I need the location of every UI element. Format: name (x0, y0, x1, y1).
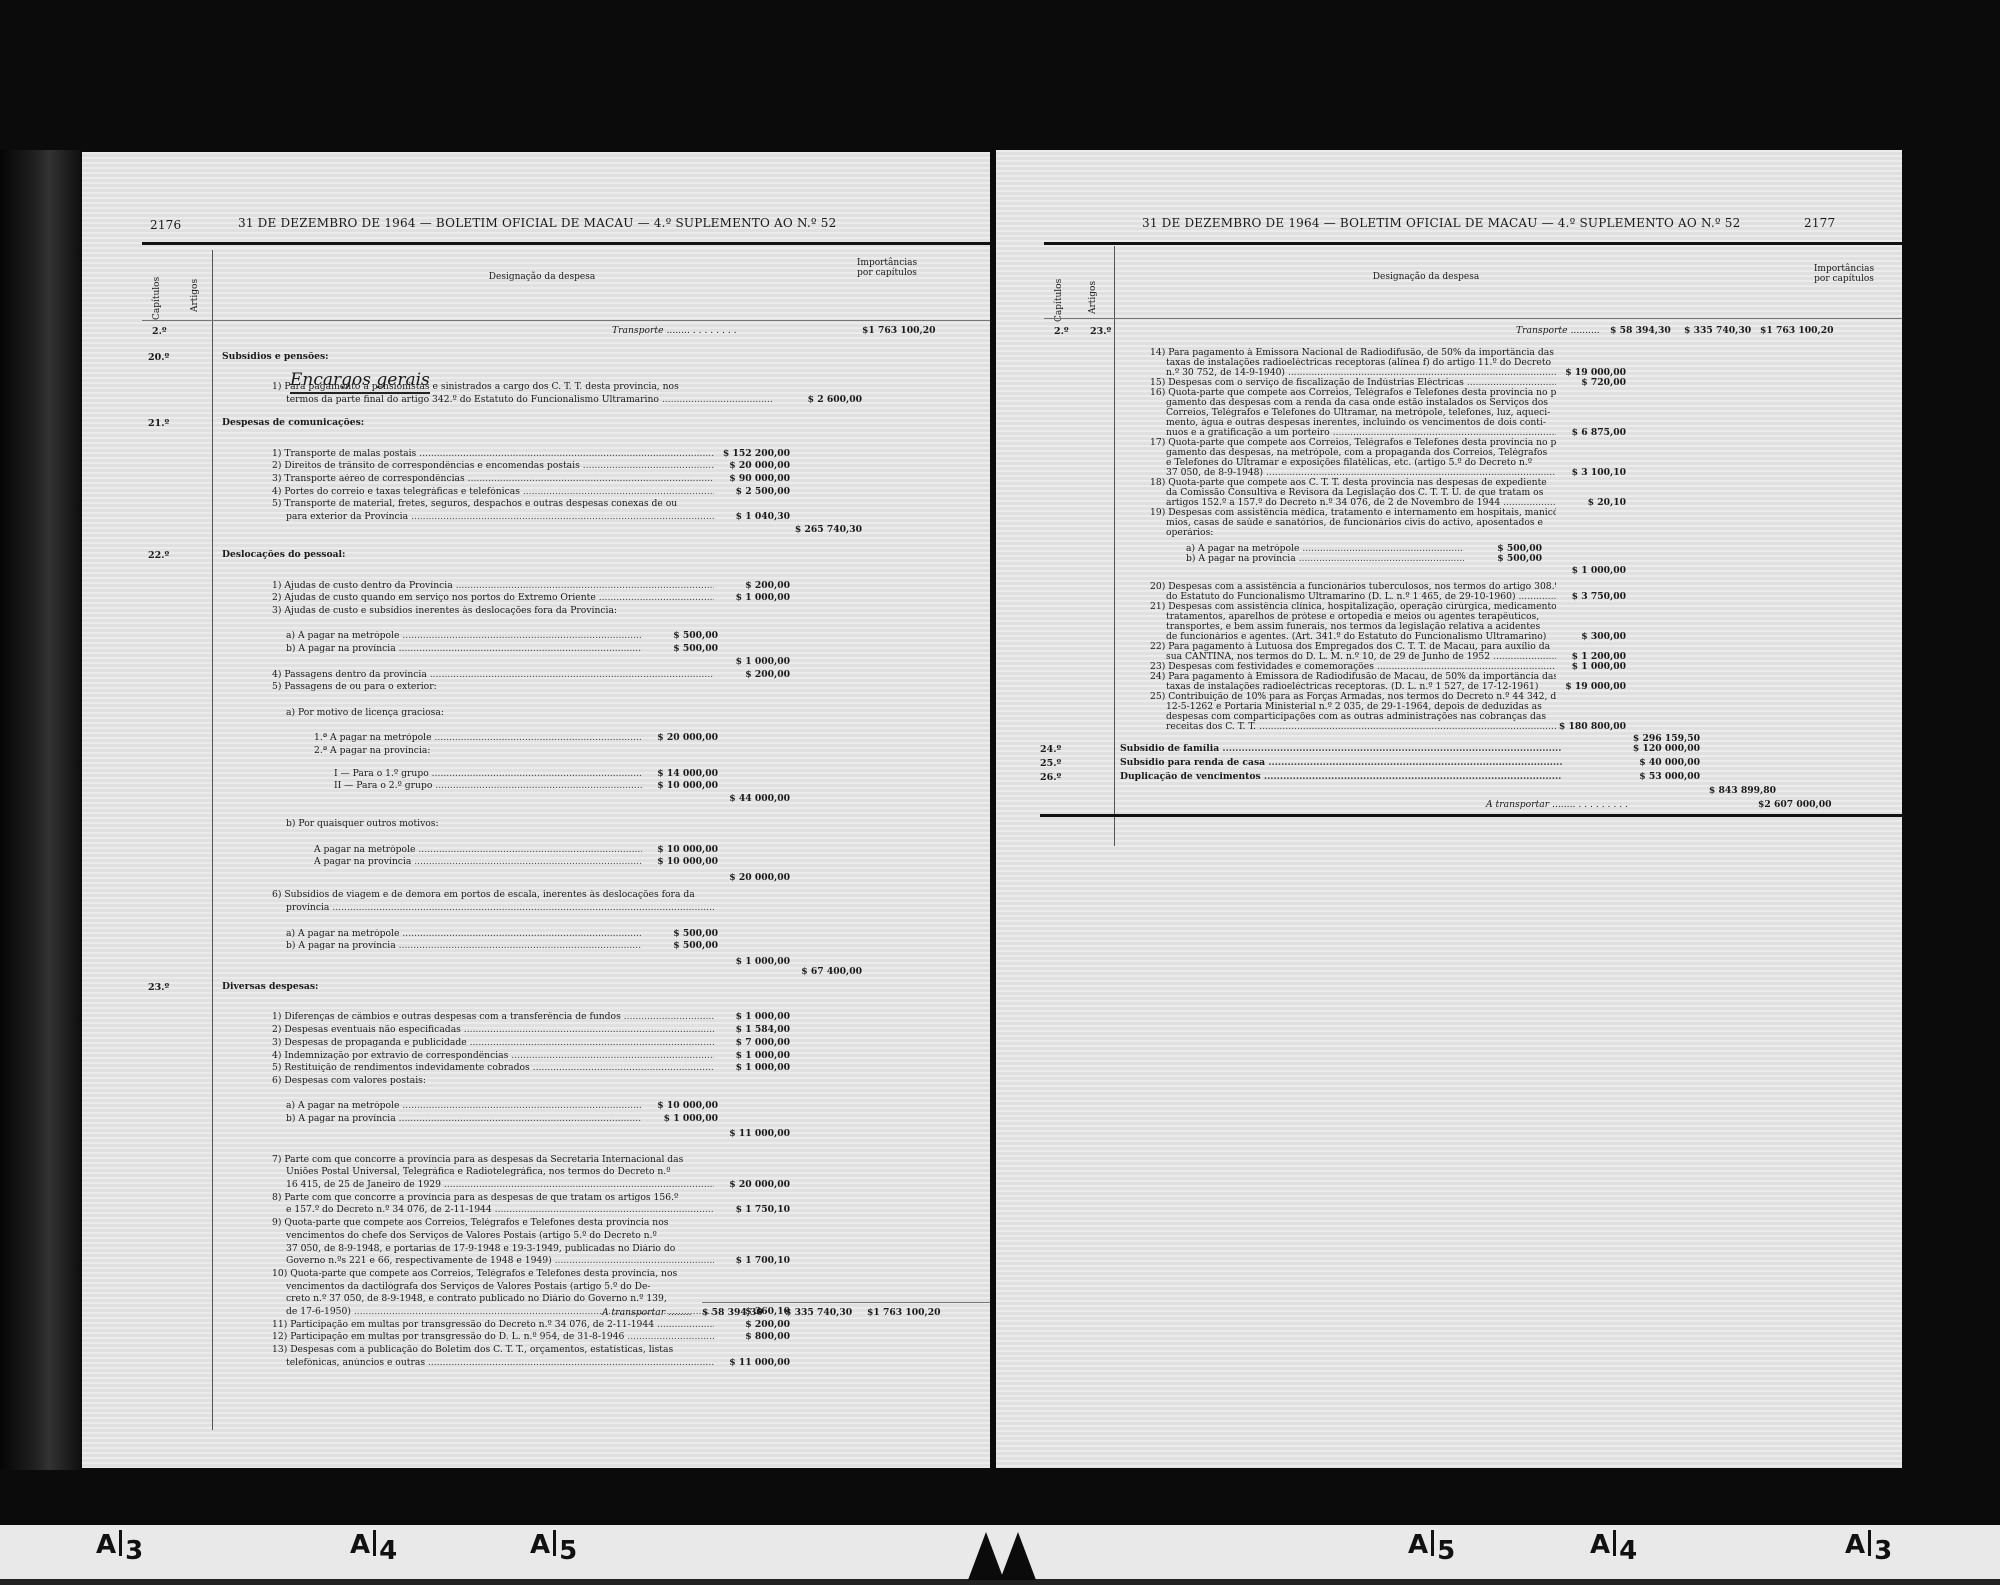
line-item-text: taxas de instalações radioeléctricas rec… (1166, 682, 1556, 693)
line-item-text: tratamentos, aparelhos de prótese e orto… (1166, 612, 1556, 623)
article-number: 21.º (148, 418, 169, 429)
line-item-text: I — Para o 1.º grupo (334, 769, 642, 780)
line-item-text: da Comissão Consultiva e Revisora da Leg… (1166, 488, 1556, 499)
fold-marker-right (1000, 1532, 1036, 1580)
film-frame-marker: A3 (96, 1530, 143, 1560)
amount-c1: $ 300,00 (1546, 632, 1626, 643)
line-item-text: província (286, 903, 714, 914)
carry-label: A transportar ........ . . . . . . . . . (1486, 800, 1628, 811)
line-item-text: 12) Participação em multas por transgres… (272, 1332, 714, 1343)
amount-c2: $ 120 000,00 (1620, 744, 1700, 755)
fold-marker-left (968, 1532, 1004, 1580)
amount-c1: $ 2 500,00 (710, 487, 790, 498)
line-item-text: 1) Diferenças de câmbios e outras despes… (272, 1012, 714, 1023)
footer-rule (1040, 814, 1902, 817)
line-item-text: 21) Despesas com assistência clínica, ho… (1150, 602, 1556, 613)
line-item-text: 1) Ajudas de custo dentro da Província (272, 581, 714, 592)
line-item-text: creto n.º 37 050, de 8-9-1948, e contrat… (286, 1294, 714, 1305)
carry-label: A transportar ........ (602, 1308, 691, 1319)
amount-c1: $ 1 750,10 (710, 1205, 790, 1216)
line-item-text: 16) Quota-parte que compete aos Correios… (1150, 388, 1556, 399)
line-item-text: 3) Transporte aéreo de correspondências (272, 474, 714, 485)
transport-label-text: Transporte (1516, 325, 1568, 336)
line-item-text: 16 415, de 25 de Janeiro de 1929 (286, 1180, 714, 1191)
amount-c0: $ 500,00 (638, 929, 718, 940)
line-item-text: 8) Parte com que concorre a província pa… (272, 1193, 714, 1204)
col-importancias: Importâncias por capítulos (852, 258, 922, 278)
column-divider (1114, 246, 1115, 846)
line-item-text: a) A pagar na metrópole (286, 631, 642, 642)
line-item-text: n.º 30 752, de 14-9-1940) (1166, 368, 1556, 379)
col-importancias: Importâncias por capítulos (1806, 264, 1882, 284)
carry-value-3: $1 763 100,20 (867, 1308, 941, 1319)
line-item-text: 1) Transporte de malas postais (272, 449, 714, 460)
amount-c1: $ 7 000,00 (710, 1038, 790, 1049)
line-item-text: vencimentos do chefe dos Serviços de Val… (286, 1231, 714, 1242)
amount-c1: $ 20 000,00 (710, 461, 790, 472)
chapter-number: 2.º (152, 326, 167, 337)
amount-c1: $ 1 000,00 (1546, 566, 1626, 577)
line-item-text: 20) Despesas com a assistência a funcion… (1150, 582, 1556, 593)
chapter-number: 2.º (1054, 326, 1069, 337)
line-item-text: 37 050, de 8-9-1948) (1166, 468, 1556, 479)
carry-label-text: A transportar (602, 1307, 665, 1318)
transport-value-3: $1 763 100,20 (1760, 326, 1834, 337)
line-item-text: 23) Despesas com festividades e comemora… (1150, 662, 1556, 673)
col-capitulos: Capítulos (1054, 279, 1064, 322)
col-capitulos: Capítulos (152, 277, 162, 320)
line-item-text: 3) Despesas de propaganda e publicidade (272, 1038, 714, 1049)
amount-c1: $ 1 700,10 (710, 1256, 790, 1267)
line-item-text: a) A pagar na metrópole (286, 1101, 642, 1112)
amount-c1: $ 152 200,00 (710, 449, 790, 460)
line-item-text: Governo n.ºs 221 e 66, respectivamente d… (286, 1256, 714, 1267)
line-item-text: e Telefones do Ultramar e exposições fil… (1166, 458, 1556, 469)
line-item-text: A pagar na metrópole (314, 845, 642, 856)
article-heading: Subsídio para renda de casa (1120, 758, 1562, 769)
amount-c1: $ 1 000,00 (710, 957, 790, 968)
amount-c0: $ 1 000,00 (638, 1114, 718, 1125)
running-header: 31 DE DEZEMBRO DE 1964 — BOLETIM OFICIAL… (1142, 216, 1740, 230)
amount-c2: $ 40 000,00 (1620, 758, 1700, 769)
page-number: 2177 (1804, 216, 1835, 230)
col-artigos: Artigos (1088, 281, 1098, 314)
amount-c1: $ 1 000,00 (710, 1012, 790, 1023)
film-frame-marker: A5 (1408, 1530, 1455, 1560)
header-underline (142, 320, 990, 321)
article-number: 20.º (148, 352, 169, 363)
amount-c0: $ 500,00 (1462, 554, 1542, 565)
line-item-text: 1.ª A pagar na metrópole (314, 733, 642, 744)
carry-rule (702, 1302, 990, 1303)
article-number: 24.º (1040, 744, 1061, 755)
film-frame-marker: A5 (530, 1530, 577, 1560)
amount-c1: $ 19 000,00 (1546, 682, 1626, 693)
amount-c1: $ 6 875,00 (1546, 428, 1626, 439)
amount-c1: $ 1 584,00 (710, 1025, 790, 1036)
line-item-text: 2) Direitos de trânsito de correspondênc… (272, 461, 714, 472)
article-heading: Despesas de comunicações: (222, 418, 714, 429)
amount-c1: $ 1 000,00 (710, 593, 790, 604)
amount-c1: $ 20 000,00 (710, 1180, 790, 1191)
article-number: 22.º (148, 550, 169, 561)
amount-c0: $ 10 000,00 (638, 781, 718, 792)
line-item-text: de funcionários e agentes. (Art. 341.º d… (1166, 632, 1556, 643)
line-item-text: 19) Despesas com assistência médica, tra… (1150, 508, 1556, 519)
article-number: 25.º (1040, 758, 1061, 769)
transport-value-1: $ 58 394,30 (1610, 326, 1671, 337)
carry-value-1: $ 58 394,30 (702, 1308, 763, 1319)
amount-c1: $ 1 000,00 (710, 1063, 790, 1074)
amount-c1: $ 1 040,30 (710, 512, 790, 523)
line-item-text: b) A pagar na província (1186, 554, 1464, 565)
header-underline (1044, 318, 1902, 319)
line-item-text: taxas de instalações radioeléctricas rec… (1166, 358, 1556, 369)
amount-c2: $ 67 400,00 (782, 967, 862, 978)
amount-c2: $ 265 740,30 (782, 525, 862, 536)
article-heading: Subsídio de família (1120, 744, 1562, 755)
header-rule (1044, 242, 1902, 245)
article-heading: Duplicação de vencimentos (1120, 772, 1562, 783)
article-number: 23.º (1090, 326, 1111, 337)
line-item-text: 18) Quota-parte que compete aos C. T. T.… (1150, 478, 1556, 489)
amount-c1: $ 90 000,00 (710, 474, 790, 485)
line-item-text: 12-5-1262 e Portaria Ministerial n.º 2 0… (1166, 702, 1556, 713)
amount-c1: $ 1 000,00 (710, 657, 790, 668)
line-item-text: gamento das despesas, na metrópole, com … (1166, 448, 1556, 459)
line-item-text: 3) Ajudas de custo e subsídios inerentes… (272, 606, 714, 617)
line-item-text: a) A pagar na metrópole (286, 929, 642, 940)
amount-c1: $ 20 000,00 (710, 873, 790, 884)
line-item-text: a) Por motivo de licença graciosa: (286, 708, 714, 719)
transport-label: Transporte ........ . . . . . . . . (612, 326, 737, 337)
line-item-text: 5) Transporte de material, fretes, segur… (272, 499, 714, 510)
line-item-text: 2.ª A pagar na província: (314, 746, 714, 757)
amount-c0: $ 500,00 (638, 631, 718, 642)
amount-c1: $ 44 000,00 (710, 794, 790, 805)
line-item-text: do Estatuto do Funcionalismo Ultramarino… (1166, 592, 1556, 603)
article-heading: Deslocações do pessoal: (222, 550, 714, 561)
line-item-text: 4) Passagens dentro da província (272, 670, 714, 681)
line-item-text: 6) Subsídios de viagem e de demora em po… (272, 890, 714, 901)
line-item-text: b) A pagar na província (286, 1114, 642, 1125)
amount-c0: $ 10 000,00 (638, 857, 718, 868)
line-item-text: Uniões Postal Universal, Telegráfica e R… (286, 1167, 714, 1178)
line-item-text: operários: (1166, 528, 1556, 539)
carry-label-text: A transportar (1486, 799, 1549, 810)
line-item-text: 5) Restituição de rendimentos indevidame… (272, 1063, 714, 1074)
amount-c1: $ 11 000,00 (710, 1358, 790, 1369)
line-item-text: 17) Quota-parte que compete aos Correios… (1150, 438, 1556, 449)
line-item-text: b) A pagar na província (286, 644, 642, 655)
transport-value-2: $ 335 740,30 (1684, 326, 1751, 337)
line-item-text: despesas com comparticipações com as out… (1166, 712, 1556, 723)
carry-total: $2 607 000,00 (1758, 800, 1832, 811)
line-item-text: 6) Despesas com valores postais: (272, 1076, 714, 1087)
line-item-text: 10) Quota-parte que compete aos Correios… (272, 1269, 714, 1280)
amount-c0: $ 10 000,00 (638, 845, 718, 856)
amount-c1: $ 200,00 (710, 1320, 790, 1331)
amount-c1: $ 720,00 (1546, 378, 1626, 389)
line-item-text: Correios, Telégrafos e Telefones do Ultr… (1166, 408, 1556, 419)
line-item-text: 2) Ajudas de custo quando em serviço nos… (272, 593, 714, 604)
amount-c1: $ 3 100,10 (1546, 468, 1626, 479)
line-item-text: mento, água e outras despesas inerentes,… (1166, 418, 1556, 429)
right-page: 31 DE DEZEMBRO DE 1964 — BOLETIM OFICIAL… (996, 150, 1902, 1468)
line-item-text: 37 050, de 8-9-1948, e portarias de 17-9… (286, 1244, 714, 1255)
amount-c0: $ 500,00 (638, 941, 718, 952)
col-artigos: Artigos (190, 279, 200, 312)
amount-c2: $ 2 600,00 (782, 395, 862, 406)
page-number: 2176 (150, 218, 181, 232)
transport-label: Transporte .......... (1516, 326, 1600, 337)
line-item-text: nuos e a gratificação a um porteiro (1166, 428, 1556, 439)
film-frame-marker: A3 (1845, 1530, 1892, 1560)
col-designacao: Designação da despesa (412, 272, 672, 282)
header-rule (142, 242, 990, 245)
col-designacao: Designação da despesa (1296, 272, 1556, 282)
line-item-text: termos da parte final do artigo 342.º do… (286, 395, 772, 406)
transport-total: $1 763 100,20 (862, 326, 936, 337)
line-item-text: telefónicas, anúncios e outras (286, 1358, 714, 1369)
film-frame-marker: A4 (1590, 1530, 1637, 1560)
running-header: 31 DE DEZEMBRO DE 1964 — BOLETIM OFICIAL… (238, 216, 836, 230)
line-item-text: b) Por quaisquer outros motivos: (286, 819, 714, 830)
line-item-text: b) A pagar na província (286, 941, 642, 952)
line-item-text: 11) Participação em multas por transgres… (272, 1320, 714, 1331)
amount-c3: $ 843 899,80 (1696, 786, 1776, 797)
carry-value-2: $ 335 740,30 (785, 1308, 852, 1319)
amount-c1: $ 200,00 (710, 581, 790, 592)
line-item-text: gamento das despesas com a renda da casa… (1166, 398, 1556, 409)
line-item-text: 4) Indemnização por extravio de correspo… (272, 1051, 714, 1062)
amount-c1: $ 3 750,00 (1546, 592, 1626, 603)
line-item-text: artigos 152.º a 157.º do Decreto n.º 34 … (1166, 498, 1556, 509)
amount-c1: $ 200,00 (710, 670, 790, 681)
line-item-text: A pagar na província (314, 857, 642, 868)
film-left-edge (0, 150, 82, 1470)
line-item-text: e 157.º do Decreto n.º 34 076, de 2-11-1… (286, 1205, 714, 1216)
line-item-text: receitas dos C. T. T. (1166, 722, 1556, 733)
amount-c0: $ 20 000,00 (638, 733, 718, 744)
amount-c0: $ 500,00 (638, 644, 718, 655)
line-item-text: 22) Para pagamento à Lutuosa dos Emprega… (1150, 642, 1556, 653)
line-item-text: 5) Passagens de ou para o exterior: (272, 682, 714, 693)
line-item-text: 4) Portes do correio e taxas telegráfica… (272, 487, 714, 498)
line-item-text: 2) Despesas eventuais não especificadas (272, 1025, 714, 1036)
film-frame-marker: A4 (350, 1530, 397, 1560)
line-item-text: 25) Contribuição de 10% para as Forças A… (1150, 692, 1556, 703)
amount-c0: $ 14 000,00 (638, 769, 718, 780)
line-item-text: 1) Para pagamento a pensionistas e sinis… (272, 382, 714, 393)
line-item-text: II — Para o 2.º grupo (334, 781, 642, 792)
amount-c0: $ 10 000,00 (638, 1101, 718, 1112)
line-item-text: para exterior da Província (286, 512, 714, 523)
line-item-text: sua CANTINA, nos termos do D. L. M. n.º … (1166, 652, 1556, 663)
left-page: 2176 31 DE DEZEMBRO DE 1964 — BOLETIM OF… (82, 152, 990, 1468)
line-item-text: vencimentos da dactilógrafa dos Serviços… (286, 1282, 714, 1293)
amount-c1: $ 11 000,00 (710, 1129, 790, 1140)
line-item-text: transportes, e bem assim funerais, nos t… (1166, 622, 1556, 633)
line-item-text: 14) Para pagamento à Emissora Nacional d… (1150, 348, 1556, 359)
line-item-text: 13) Despesas com a publicação do Boletim… (272, 1345, 714, 1356)
amount-c1: $ 1 000,00 (1546, 662, 1626, 673)
column-divider (212, 250, 213, 1430)
article-number: 26.º (1040, 772, 1061, 783)
line-item-text: 24) Para pagamento à Emissora de Radiodi… (1150, 672, 1556, 683)
amount-c1: $ 20,10 (1546, 498, 1626, 509)
transport-label-text: Transporte (612, 325, 664, 336)
line-item-text: a) A pagar na metrópole (1186, 544, 1464, 555)
article-number: 23.º (148, 982, 169, 993)
line-item-text: 7) Parte com que concorre a província pa… (272, 1155, 714, 1166)
line-item-text: mios, casas de saúde e sanatórios, de fu… (1166, 518, 1556, 529)
amount-c2: $ 53 000,00 (1620, 772, 1700, 783)
amount-c1: $ 800,00 (710, 1332, 790, 1343)
article-heading: Subsídios e pensões: (222, 352, 714, 363)
amount-c1: $ 180 800,00 (1546, 722, 1626, 733)
line-item-text: 15) Despesas com o serviço de fiscalizaç… (1150, 378, 1556, 389)
article-heading: Diversas despesas: (222, 982, 714, 993)
amount-c1: $ 1 000,00 (710, 1051, 790, 1062)
line-item-text: 9) Quota-parte que compete aos Correios,… (272, 1218, 714, 1229)
